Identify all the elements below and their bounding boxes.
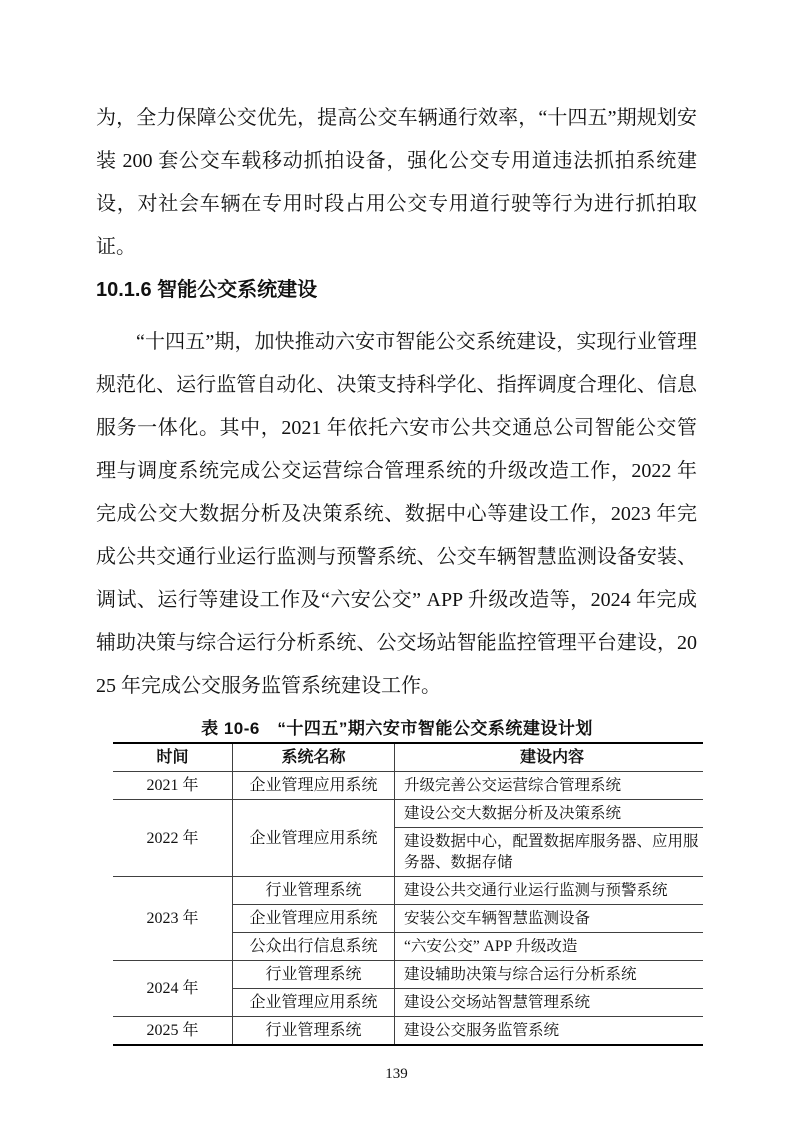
year-cell: 2024 年 bbox=[113, 961, 233, 1017]
document-page: 为，全力保障公交优先，提高公交车辆通行效率，“十四五”期规划安装 200 套公交… bbox=[0, 0, 793, 1122]
year-cell: 2021 年 bbox=[113, 772, 233, 800]
construction-content-cell: 建设数据中心，配置数据库服务器、应用服务器、数据存储 bbox=[395, 828, 704, 877]
system-name-cell: 行业管理系统 bbox=[233, 961, 395, 989]
system-name-cell: 行业管理系统 bbox=[233, 877, 395, 905]
construction-content-cell: 建设公交大数据分析及决策系统 bbox=[395, 800, 704, 828]
construction-content-cell: 升级完善公交运营综合管理系统 bbox=[395, 772, 704, 800]
construction-plan-table: 时间 系统名称 建设内容 2021 年企业管理应用系统升级完善公交运营综合管理系… bbox=[113, 742, 703, 1046]
col-header-system: 系统名称 bbox=[233, 743, 395, 772]
table-row: 2021 年企业管理应用系统升级完善公交运营综合管理系统 bbox=[113, 772, 703, 800]
construction-content-cell: 建设公共交通行业运行监测与预警系统 bbox=[395, 877, 704, 905]
page-content: 为，全力保障公交优先，提高公交车辆通行效率，“十四五”期规划安装 200 套公交… bbox=[0, 0, 793, 1083]
year-cell: 2022 年 bbox=[113, 800, 233, 877]
system-name-cell: 公众出行信息系统 bbox=[233, 933, 395, 961]
system-name-cell: 企业管理应用系统 bbox=[233, 905, 395, 933]
table-row: 2025 年行业管理系统建设公交服务监管系统 bbox=[113, 1017, 703, 1046]
construction-content-cell: “六安公交” APP 升级改造 bbox=[395, 933, 704, 961]
system-name-cell: 企业管理应用系统 bbox=[233, 772, 395, 800]
table-row: 2024 年行业管理系统建设辅助决策与综合运行分析系统 bbox=[113, 961, 703, 989]
year-cell: 2025 年 bbox=[113, 1017, 233, 1046]
year-cell: 2023 年 bbox=[113, 877, 233, 961]
system-name-cell: 企业管理应用系统 bbox=[233, 989, 395, 1017]
section-heading: 10.1.6 智能公交系统建设 bbox=[96, 275, 697, 305]
table-row: 2023 年行业管理系统建设公共交通行业运行监测与预警系统 bbox=[113, 877, 703, 905]
construction-content-cell: 建设公交服务监管系统 bbox=[395, 1017, 704, 1046]
construction-content-cell: 安装公交车辆智慧监测设备 bbox=[395, 905, 704, 933]
col-header-content: 建设内容 bbox=[395, 743, 704, 772]
construction-content-cell: 建设公交场站智慧管理系统 bbox=[395, 989, 704, 1017]
construction-content-cell: 建设辅助决策与综合运行分析系统 bbox=[395, 961, 704, 989]
system-name-cell: 企业管理应用系统 bbox=[233, 800, 395, 877]
table-body: 2021 年企业管理应用系统升级完善公交运营综合管理系统2022 年企业管理应用… bbox=[113, 772, 703, 1046]
system-name-cell: 行业管理系统 bbox=[233, 1017, 395, 1046]
table-caption: 表 10-6 “十四五”期六安市智能公交系统建设计划 bbox=[113, 714, 681, 739]
table-header: 时间 系统名称 建设内容 bbox=[113, 743, 703, 772]
col-header-time: 时间 bbox=[113, 743, 233, 772]
page-number: 139 bbox=[96, 1066, 697, 1083]
paragraph-continuation: 为，全力保障公交优先，提高公交车辆通行效率，“十四五”期规划安装 200 套公交… bbox=[96, 97, 697, 269]
paragraph-main: “十四五”期，加快推动六安市智能公交系统建设，实现行业管理规范化、运行监管自动化… bbox=[96, 321, 697, 708]
table-row: 2022 年企业管理应用系统建设公交大数据分析及决策系统 bbox=[113, 800, 703, 828]
table-header-row: 时间 系统名称 建设内容 bbox=[113, 743, 703, 772]
